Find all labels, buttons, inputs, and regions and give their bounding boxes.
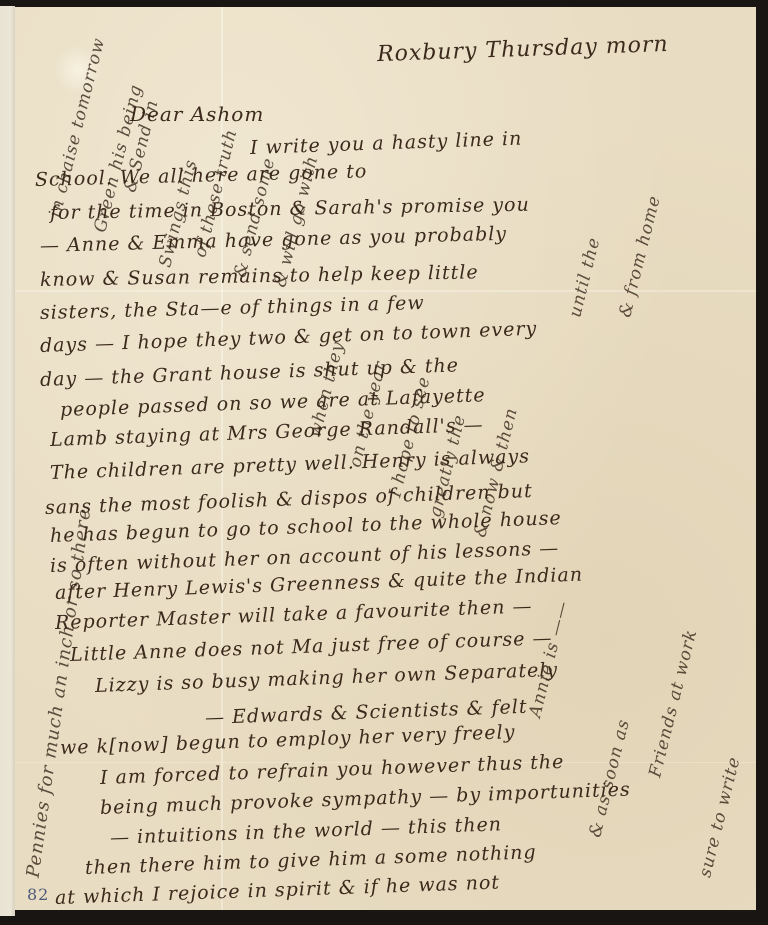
letter-line: Lizzy is so busy making her own Separate… (95, 659, 559, 697)
folio-number: 82 (27, 885, 49, 904)
letter-page: Roxbury Thursday morn Dear Ashom I write… (15, 7, 756, 910)
letter-place-date: Roxbury Thursday morn (377, 32, 669, 67)
cross-written-line: until the (565, 235, 604, 319)
letter-line: Little Anne does not Ma just free of cou… (70, 627, 553, 666)
cross-written-line: & from home (615, 193, 665, 319)
letter-line: day — the Grant house is shut up & the (40, 354, 460, 391)
cross-written-line: sure to write (695, 755, 744, 880)
letter-line: I write you a hasty line in (250, 127, 523, 158)
cross-written-line: Friends at work (645, 627, 701, 779)
letter-line: sisters, the Sta—e of things in a few (40, 292, 425, 324)
adjacent-page-edge (0, 6, 15, 916)
letter-line: we k[now] begun to employ her very freel… (60, 721, 516, 759)
letter-line: days — I hope they two & get on to town … (40, 318, 538, 357)
fold-crease-horizontal (15, 290, 756, 292)
letter-line: know & Susan remains to help keep little (40, 261, 479, 291)
